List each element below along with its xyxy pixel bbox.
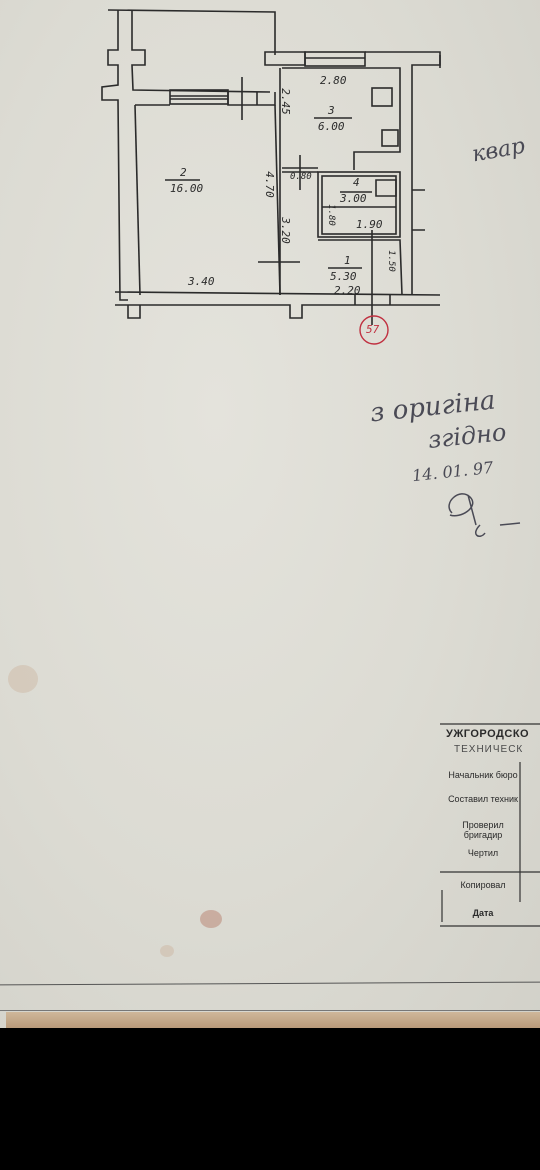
kitchen-width-dim: 2.80 [320,74,347,87]
bath-depth-dim: 1.80 [326,204,336,226]
room2-area: 16.00 [170,182,203,195]
stamp-row-date: Дата [448,908,518,918]
closet-width-dim: 0.80 [290,172,312,182]
bathroom-area: 3.00 [340,192,367,205]
paper-stain [200,910,222,928]
paper-fold-line [0,982,540,986]
stamp-row-drawn: Чертил [448,848,518,858]
corridor-length-dim: 3.20 [279,217,292,244]
paper-edge-line [0,1010,540,1011]
room2-width-dim: 3.40 [188,275,215,288]
stamp-org-line2: ТЕХНИЧЕСК [454,744,523,755]
stamp-row-compiled: Составил техник [448,794,518,804]
kitchen-area: 6.00 [318,120,345,133]
handwritten-date: 14. 01. 97 [411,458,494,485]
document-paper: 2.80 3 6.00 2.45 2 16.00 4.70 3.20 3.40 … [0,0,540,1028]
bathroom-number: 4 [353,176,360,189]
hall-depth-dim: 1.50 [386,250,396,272]
black-bar [0,1028,540,1170]
room2-height-dim: 4.70 [263,171,276,198]
signature-scribble [440,485,540,545]
stamp-row-checked: Проверил бригадир [448,820,518,840]
paper-stain [8,665,38,693]
title-block-stamp: УЖГОРОДСКО ТЕХНИЧЕСК Начальник бюро Сост… [440,722,540,930]
stamp-org-line1: УЖГОРОДСКО [446,728,529,740]
paper-stain [160,945,174,957]
apartment-marker-number: 57 [366,323,379,336]
bath-width-dim: 1.90 [356,218,383,231]
hallway-number: 1 [344,254,351,267]
room2-number: 2 [180,166,187,179]
kitchen-depth-dim: 2.45 [279,88,292,115]
kitchen-number: 3 [328,104,335,117]
stamp-row-head: Начальник бюро [448,770,518,780]
hallway-area: 5.30 [330,270,357,283]
handwritten-note-line2: згідно [427,418,508,454]
hall-width-dim: 2.20 [334,284,361,297]
stamp-row-copied: Копировал [448,880,518,890]
cardboard-edge [6,1012,540,1028]
